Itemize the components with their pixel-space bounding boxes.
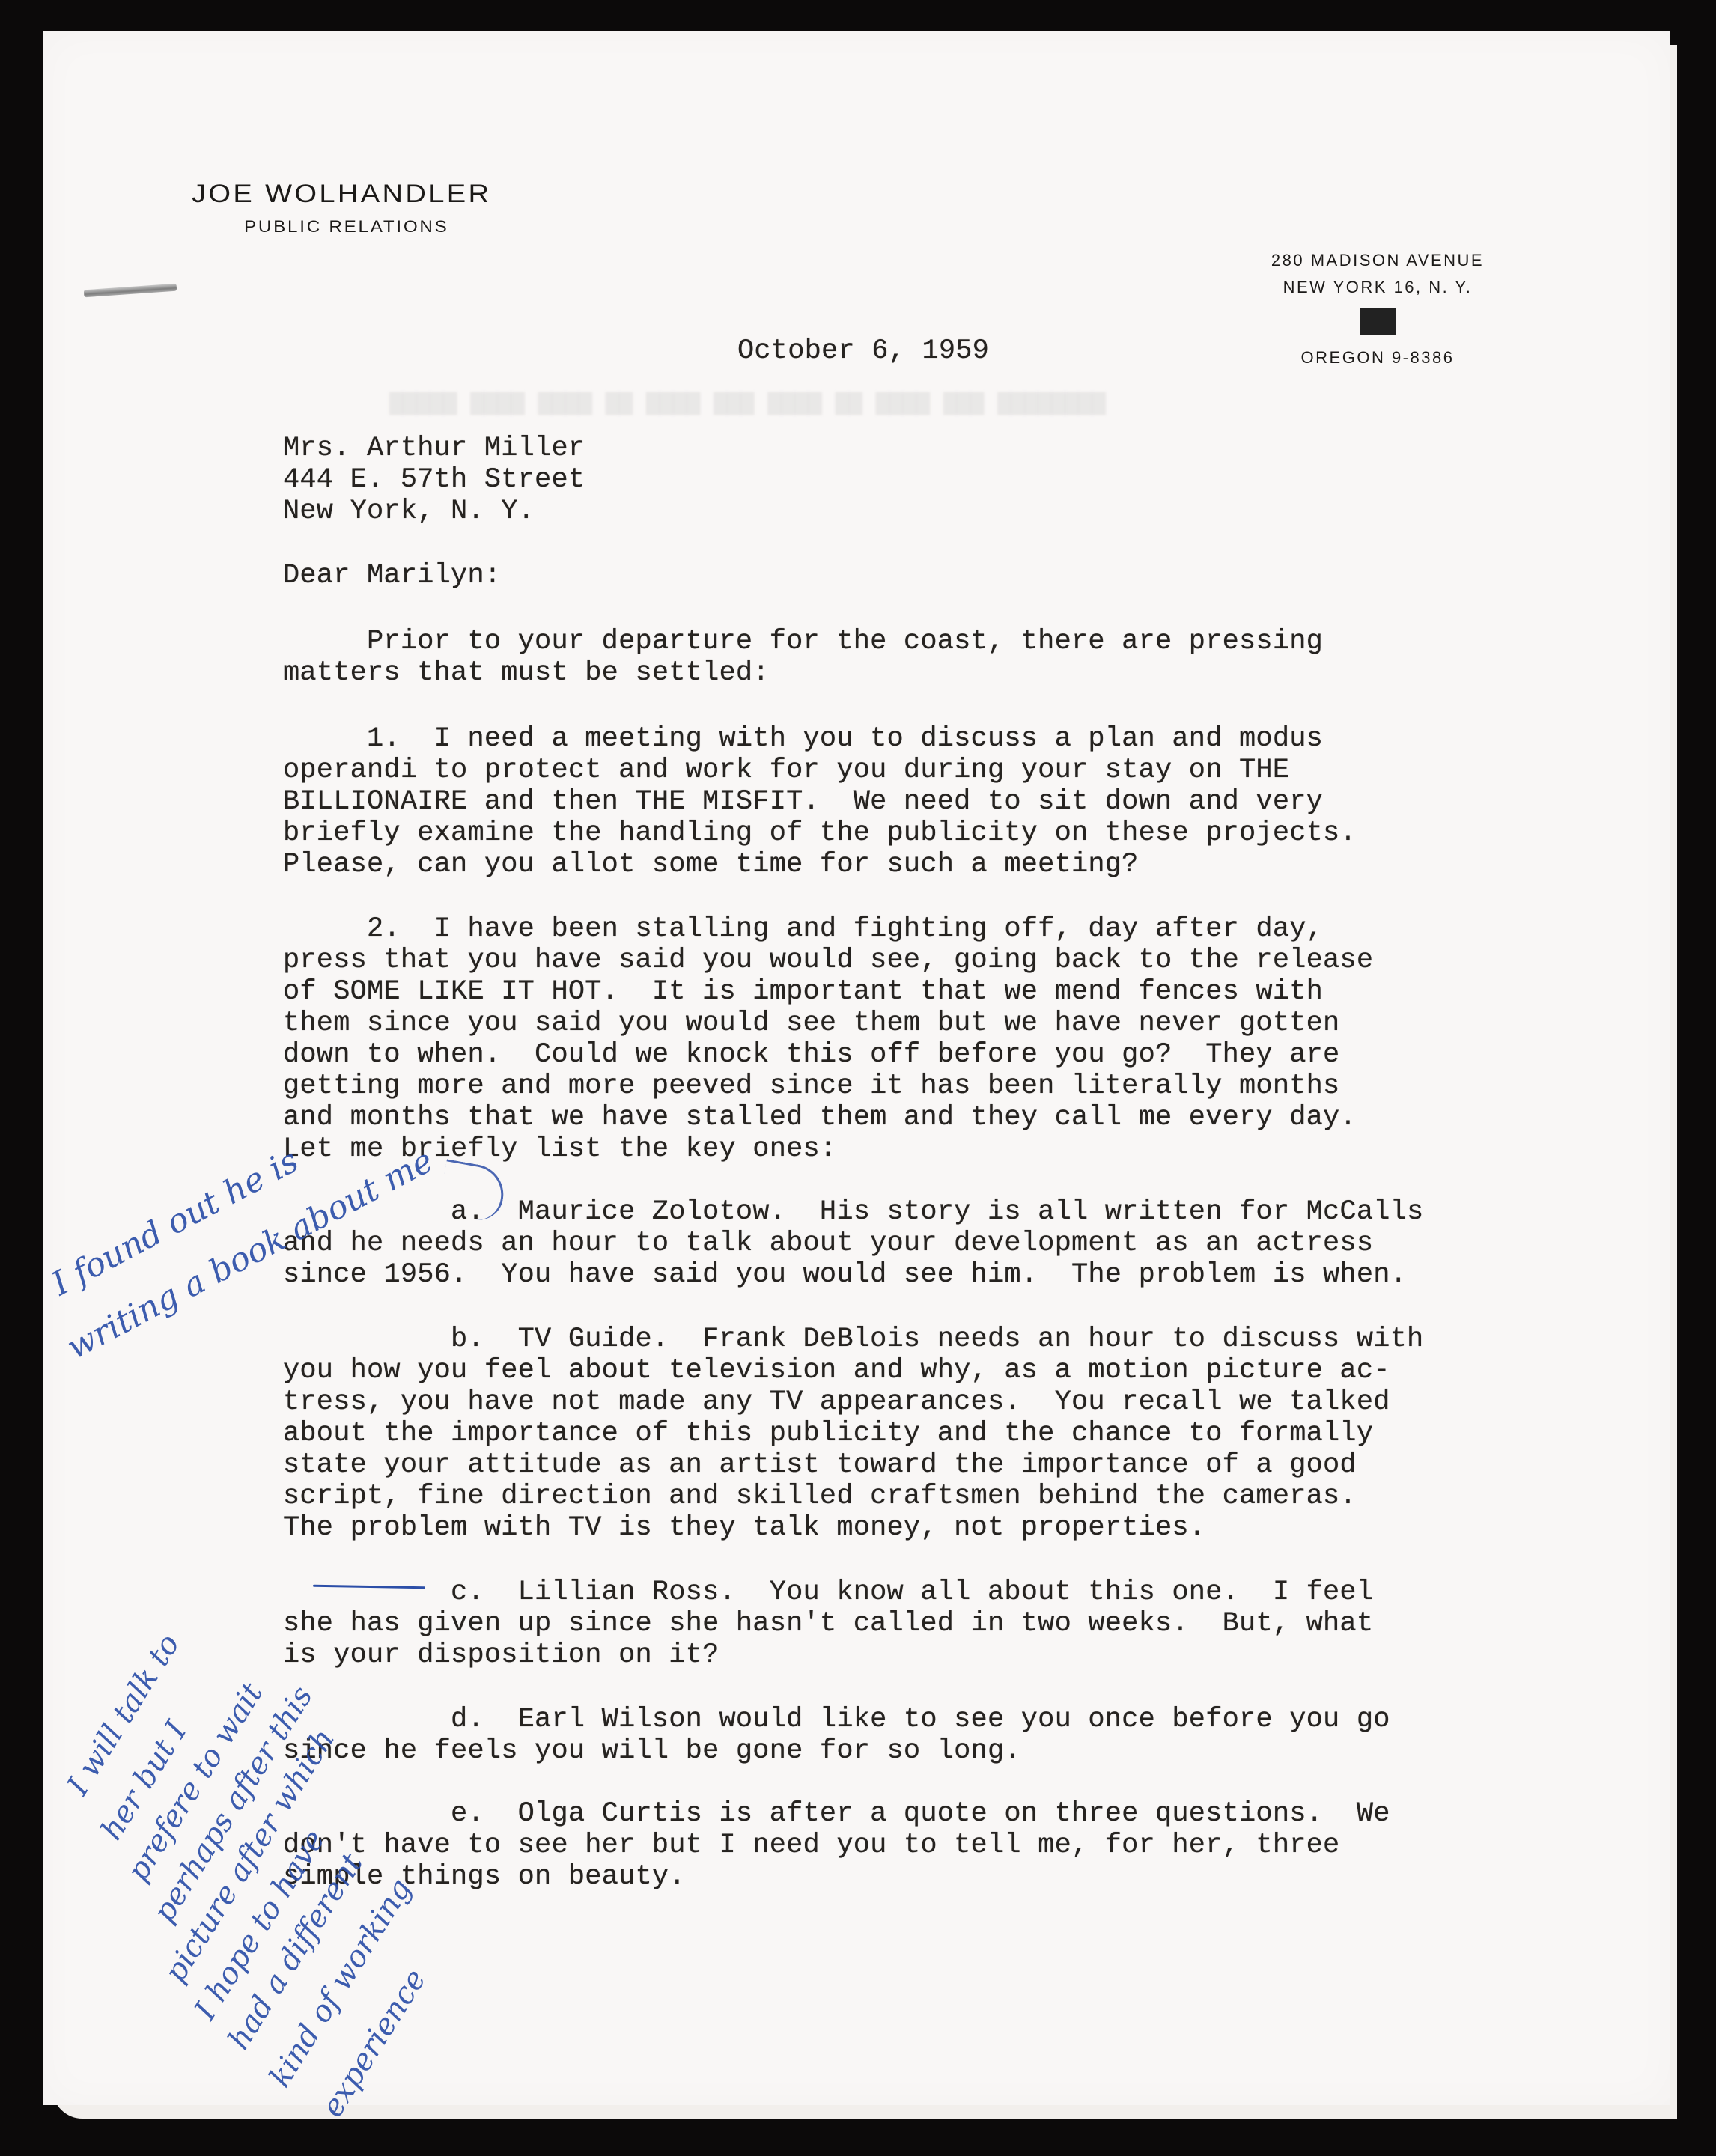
recipient-city: New York, N. Y.: [283, 496, 535, 527]
letterhead-address: 280 MADISON AVENUE NEW YORK 16, N. Y. OR…: [1228, 247, 1527, 371]
address-divider: [1360, 308, 1396, 335]
salutation: Dear Marilyn:: [283, 560, 501, 591]
paragraph-item-d: d. Earl Wilson would like to see you onc…: [283, 1704, 1556, 1767]
bleed-through-text: ▇▇▇▇▇ ▇▇▇▇ ▇▇▇▇ ▇▇ ▇▇▇▇ ▇▇▇ ▇▇▇▇ ▇▇ ▇▇▇▇…: [389, 389, 1437, 417]
address-city: NEW YORK 16, N. Y.: [1228, 274, 1527, 301]
address-phone: OREGON 9-8386: [1228, 344, 1527, 371]
letterhead-subtitle: PUBLIC RELATIONS: [244, 217, 449, 237]
recipient-street: 444 E. 57th Street: [283, 464, 585, 496]
recipient-address: Mrs. Arthur Miller 444 E. 57th Street Ne…: [283, 433, 585, 527]
paragraph-item-2: 2. I have been stalling and fighting off…: [283, 913, 1556, 1165]
paragraph-item-c: c. Lillian Ross. You know all about this…: [283, 1577, 1556, 1671]
address-street: 280 MADISON AVENUE: [1228, 247, 1527, 274]
paragraph-item-b: b. TV Guide. Frank DeBlois needs an hour…: [283, 1324, 1556, 1544]
paragraph-item-1: 1. I need a meeting with you to discuss …: [283, 723, 1556, 880]
letter-date: October 6, 1959: [737, 335, 989, 367]
letterhead-name: JOE WOLHANDLER: [192, 180, 491, 209]
paragraph-intro: Prior to your departure for the coast, t…: [283, 626, 1556, 689]
recipient-name: Mrs. Arthur Miller: [283, 433, 585, 464]
paragraph-item-e: e. Olga Curtis is after a quote on three…: [283, 1798, 1556, 1892]
